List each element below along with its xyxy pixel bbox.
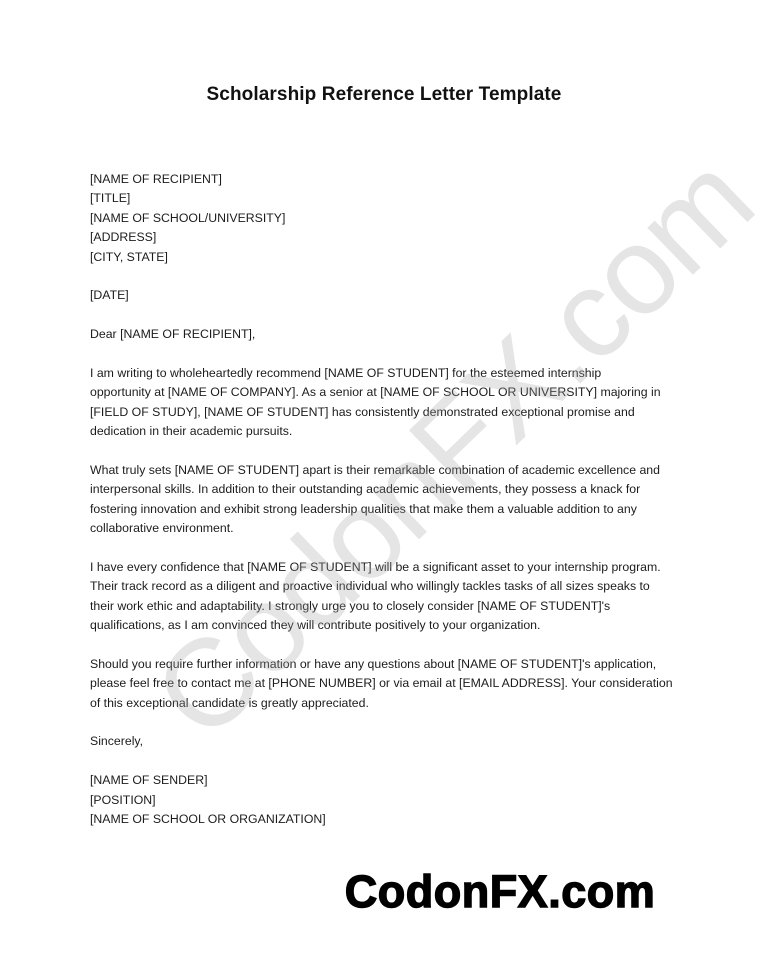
paragraph-line: What truly sets [NAME OF STUDENT] apart …	[90, 461, 710, 480]
recipient-block: [NAME OF RECIPIENT] [TITLE] [NAME OF SCH…	[90, 170, 710, 267]
paragraph-line: please feel free to contact me at [PHONE…	[90, 674, 710, 693]
recipient-line: [ADDRESS]	[90, 228, 710, 247]
paragraph-line: Their track record as a diligent and pro…	[90, 577, 710, 596]
paragraph-line: collaborative environment.	[90, 519, 710, 538]
paragraph-line: interpersonal skills. In addition to the…	[90, 480, 710, 499]
date-line: [DATE]	[90, 286, 710, 305]
paragraph-line: I am writing to wholeheartedly recommend…	[90, 364, 710, 383]
recipient-line: [TITLE]	[90, 189, 710, 208]
recipient-line: [CITY, STATE]	[90, 248, 710, 267]
recipient-line: [NAME OF RECIPIENT]	[90, 170, 710, 189]
closing: Sincerely,	[90, 732, 710, 751]
paragraph-line: qualifications, as I am convinced they w…	[90, 616, 710, 635]
paragraph-3: I have every confidence that [NAME OF ST…	[90, 558, 710, 636]
salutation: Dear [NAME OF RECIPIENT],	[90, 325, 710, 344]
paragraph-line: dedication in their academic pursuits.	[90, 422, 710, 441]
paragraph-line: their work ethic and adaptability. I str…	[90, 597, 710, 616]
signature-line: [NAME OF SENDER]	[90, 771, 710, 790]
paragraph-4: Should you require further information o…	[90, 655, 710, 713]
signature-block: [NAME OF SENDER] [POSITION] [NAME OF SCH…	[90, 771, 710, 829]
paragraph-1: I am writing to wholeheartedly recommend…	[90, 364, 710, 442]
signature-line: [NAME OF SCHOOL OR ORGANIZATION]	[90, 810, 710, 829]
paragraph-line: I have every confidence that [NAME OF ST…	[90, 558, 710, 577]
paragraph-2: What truly sets [NAME OF STUDENT] apart …	[90, 461, 710, 539]
document-title: Scholarship Reference Letter Template	[0, 84, 768, 106]
paragraph-line: of this exceptional candidate is greatly…	[90, 694, 710, 713]
paragraph-line: Should you require further information o…	[90, 655, 710, 674]
paragraph-line: [FIELD OF STUDY], [NAME OF STUDENT] has …	[90, 403, 710, 422]
paragraph-line: fostering innovation and exhibit strong …	[90, 500, 710, 519]
letter-body: [NAME OF RECIPIENT] [TITLE] [NAME OF SCH…	[90, 170, 710, 829]
brand-logo-text: CodonFX.com	[0, 866, 768, 918]
recipient-line: [NAME OF SCHOOL/UNIVERSITY]	[90, 209, 710, 228]
paragraph-line: opportunity at [NAME OF COMPANY]. As a s…	[90, 383, 710, 402]
signature-line: [POSITION]	[90, 791, 710, 810]
